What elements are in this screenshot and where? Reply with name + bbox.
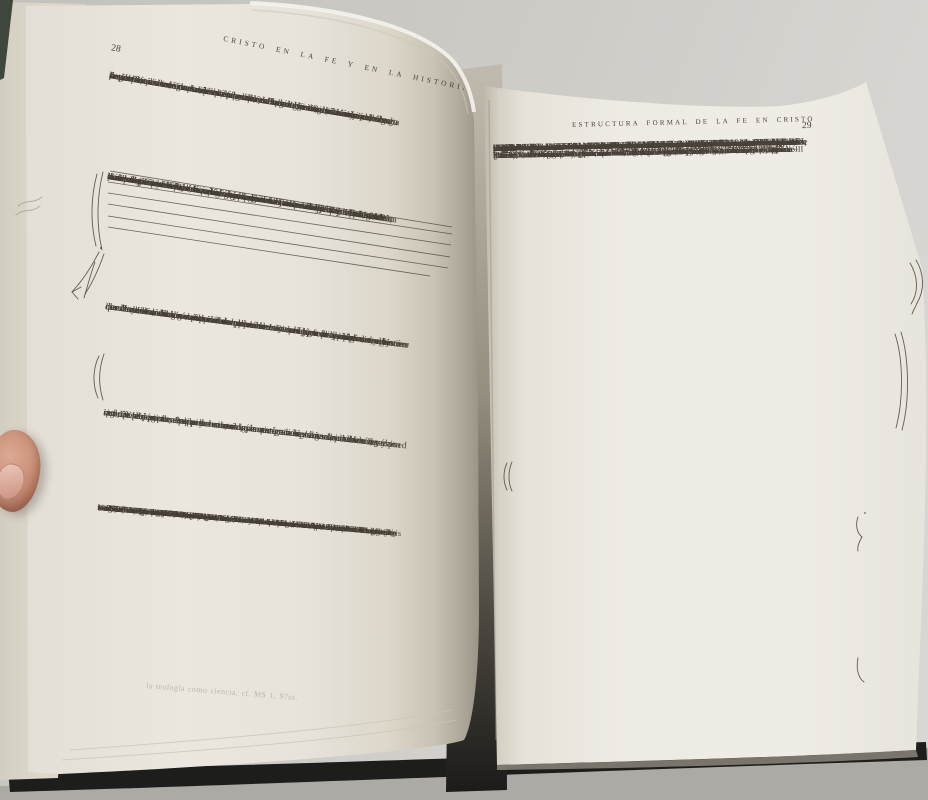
handwritten-annotations — [0, 0, 928, 800]
book-photo: 28 CRISTO EN LA FE Y EN LA HISTORIA dato… — [0, 0, 928, 800]
thumb-nail — [0, 461, 28, 503]
